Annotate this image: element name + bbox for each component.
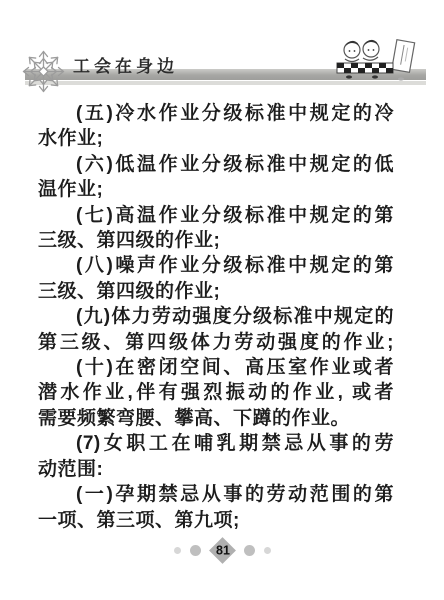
footer-dot-small-left	[174, 547, 181, 554]
text-line: (九)体力劳动强度分级标准中规定的	[38, 304, 394, 329]
page-title: 工会在身边	[73, 52, 178, 77]
text-line: 需要频繁弯腰、攀高、下蹲的作业。	[38, 406, 394, 431]
footer-dot-medium-right	[244, 545, 255, 556]
text-line: (六)低温作业分级标准中规定的低	[38, 152, 394, 177]
text-line: 三级、第四级的作业;	[38, 228, 394, 253]
body-text: (五)冷水作业分级标准中规定的冷水作业;(六)低温作业分级标准中规定的低温作业;…	[38, 101, 394, 533]
text-line: 三级、第四级的作业;	[38, 279, 394, 304]
text-line: 温作业;	[38, 177, 394, 202]
text-line: 潜水作业,伴有强烈振动的作业, 或者	[38, 380, 394, 405]
text-line: (八)噪声作业分级标准中规定的第	[38, 253, 394, 278]
text-line: (一)孕期禁忌从事的劳动范围的第	[38, 482, 394, 507]
footer-dot-small-right	[264, 547, 271, 554]
text-line: 一项、第三项、第九项;	[38, 508, 394, 533]
page-number: 81	[215, 544, 229, 557]
text-line: 水作业;	[38, 126, 394, 151]
footer-dot-medium-left	[190, 545, 201, 556]
text-line: (七)高温作业分级标准中规定的第	[38, 203, 394, 228]
text-line: (五)冷水作业分级标准中规定的冷	[38, 101, 394, 126]
snowflake-ornament-icon	[20, 48, 67, 95]
text-line: (7)女职工在哺乳期禁忌从事的劳	[38, 431, 394, 456]
text-line: 第三级、第四级体力劳动强度的作业;	[38, 330, 394, 355]
two-readers-cartoon-icon	[335, 35, 423, 89]
book-page: 工会在身边	[0, 0, 444, 600]
text-line: 动范围:	[38, 457, 394, 482]
text-line: (十)在密闭空间、高压室作业或者	[38, 355, 394, 380]
footer: 81	[0, 537, 444, 563]
page-number-diamond: 81	[209, 537, 236, 564]
